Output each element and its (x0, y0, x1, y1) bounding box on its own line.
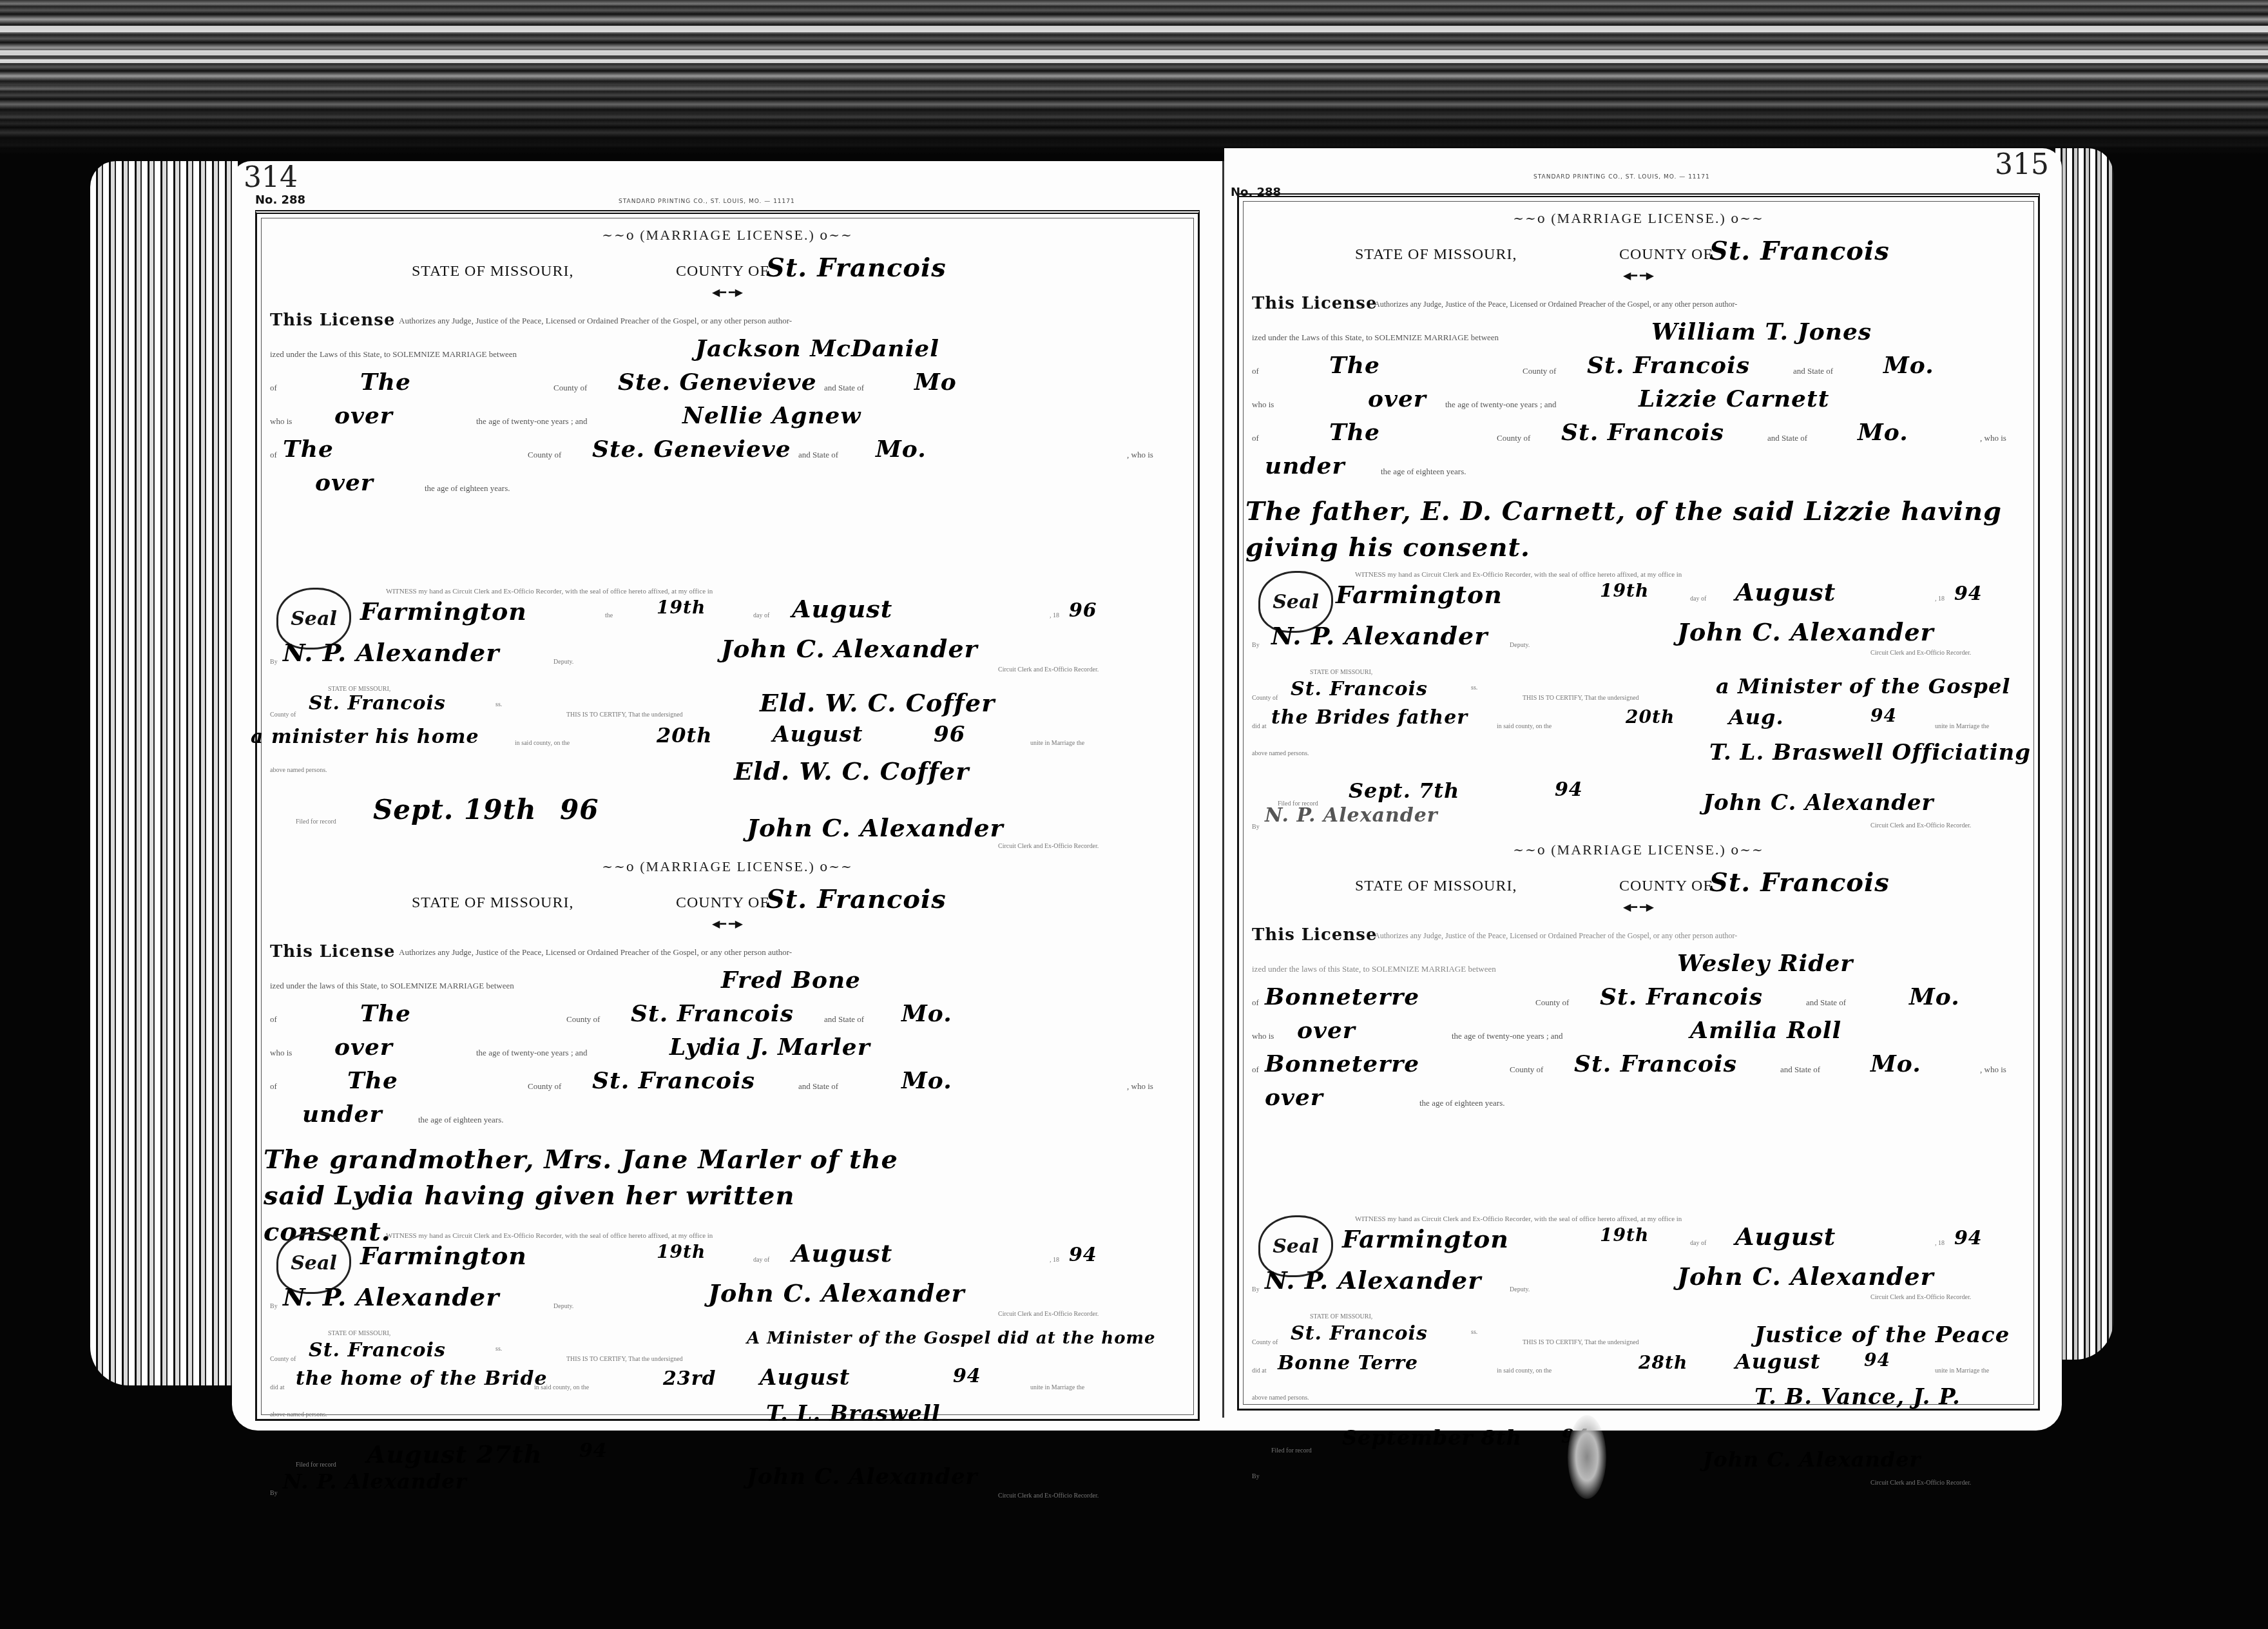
bride-age: under (302, 1101, 382, 1128)
groom-age: over (1297, 1017, 1356, 1044)
who-is-label: , who is (1980, 1065, 2006, 1075)
groom-age-line: who is over the age of twenty-one years … (257, 1031, 1198, 1065)
who-is-label: who is (270, 416, 292, 427)
license-title: ~~o (MARRIAGE LICENSE.) o~~ (1239, 210, 2038, 227)
day-of-label: day of (1690, 595, 1706, 602)
day: 19th (1600, 1224, 1649, 1246)
state-county-row: STATE OF MISSOURI, COUNTY OF St. Francoi… (257, 884, 1198, 920)
filed-clerk-signature: John C. Alexander (1703, 790, 1934, 816)
form-number: No. 288 (255, 193, 305, 207)
filed-deputy: N. P. Alexander (1265, 804, 1438, 827)
bride-name: Nellie Agnew (682, 402, 861, 429)
bride-name: Lizzie Carnett (1639, 385, 1829, 412)
clerk-signature: John C. Alexander (1677, 1262, 1934, 1291)
groom-state: Mo. (1883, 352, 1934, 379)
consent-note: The father, E. D. Carnett, of the said L… (1245, 494, 2002, 566)
groom-name: William T. Jones (1651, 318, 1872, 345)
bride-name: Amilia Roll (1690, 1017, 1841, 1044)
groom-county: Ste. Genevieve (618, 369, 817, 396)
state-county-row: STATE OF MISSOURI, COUNTY OF St. Francoi… (1239, 236, 2038, 272)
preamble-line-1: This License Authorizes any Judge, Justi… (1239, 282, 2038, 316)
the-label: the (605, 612, 613, 619)
cert-county: St. Francois (1291, 1322, 1428, 1345)
page-number: 315 (1995, 148, 2049, 181)
officiant-title: Eld. W. C. Coffer (760, 688, 995, 717)
by-label: By (270, 659, 278, 666)
year: 94 (1069, 1244, 1097, 1266)
age-21-label: the age of twenty-one years ; and (476, 1048, 588, 1058)
of-label: of (1252, 998, 1259, 1008)
groom-county: St. Francois (631, 1000, 794, 1027)
bride-residence-line: of Bonneterre County of St. Francois and… (1239, 1048, 2038, 1081)
year-prefix: , 18 (1935, 595, 1945, 602)
bride-residence: The (1329, 419, 1380, 446)
state-of-label: and State of (824, 1014, 864, 1025)
groom-state: Mo. (901, 1000, 952, 1027)
ceremony-month: August (773, 722, 863, 747)
age-18-label: the age of eighteen years. (1381, 467, 1466, 477)
filed-clerk-signature: John C. Alexander (1703, 1447, 1921, 1472)
bride-age: under (1265, 452, 1345, 479)
cert-county: St. Francois (1291, 678, 1428, 700)
cert-text: THIS IS TO CERTIFY, That the undersigned (1523, 1339, 1639, 1346)
printer-line: STANDARD PRINTING CO., ST. LOUIS, MO. — … (1533, 174, 1710, 180)
clerk-caption: Circuit Clerk and Ex-Officio Recorder. (1870, 1480, 1971, 1487)
groom-county: St. Francois (1600, 983, 1763, 1010)
ceremony-month: August (760, 1365, 850, 1391)
month: August (1735, 1222, 1836, 1251)
of-label: of (1252, 1065, 1259, 1075)
right-page-edges (2055, 148, 2113, 1360)
consent-note-line: The grandmother, Mrs. Jane Marler of the (264, 1142, 898, 1178)
filed-label: Filed for record (296, 818, 336, 825)
officiant-signature: T. L. Braswell Officiating (1709, 740, 2031, 766)
year: 94 (1954, 583, 1983, 605)
place: Farmington (1342, 1224, 1509, 1253)
clerk-caption: Circuit Clerk and Ex-Officio Recorder. (1870, 822, 1971, 829)
clerk-caption: Circuit Clerk and Ex-Officio Recorder. (998, 1311, 1099, 1318)
license-title: ~~o (MARRIAGE LICENSE.) o~~ (1239, 842, 2038, 858)
preamble-line-1: This License Authorizes any Judge, Justi… (1239, 914, 2038, 947)
in-said-county-label: in said county, on the (534, 1384, 589, 1391)
consent-note-line: said Lydia having given her written (264, 1178, 898, 1214)
ss-label: ss. (495, 1345, 502, 1353)
officiant-signature: T. B. Vance, J. P. (1754, 1384, 1961, 1410)
year-prefix: , 18 (1935, 1240, 1945, 1247)
deputy-signature: N. P. Alexander (283, 638, 499, 667)
cert-county-label: County of (270, 711, 296, 718)
day: 19th (1600, 580, 1649, 601)
cert-state-label: STATE OF MISSOURI, (1310, 669, 1372, 676)
day: 19th (657, 597, 706, 618)
county-of-label: County of (1523, 366, 1556, 376)
age-18-label: the age of eighteen years. (418, 1115, 503, 1125)
who-is-label: who is (1252, 400, 1274, 410)
preamble-line-1: This License Authorizes any Judge, Justi… (257, 930, 1198, 964)
this-license-heading: This License (270, 942, 395, 961)
deputy-label: Deputy. (553, 1303, 573, 1310)
filed-year: 94 (579, 1440, 608, 1462)
day-of-label: day of (753, 1257, 769, 1264)
marriage-text: unite in Marriage the (1030, 1384, 1084, 1391)
of-label: of (270, 383, 277, 393)
title-text: (MARRIAGE LICENSE.) (640, 227, 814, 243)
filed-deputy: N. P. Alexander (283, 1469, 467, 1494)
this-license-heading: This License (270, 311, 395, 330)
preamble-text: ized under the Laws of this State, to SO… (270, 349, 517, 360)
ceremony-year: 96 (934, 722, 965, 747)
groom-residence-line: of The County of St. Francois and State … (257, 998, 1198, 1031)
groom-state: Mo. (1909, 983, 1960, 1010)
in-said-county-label: in said county, on the (1497, 723, 1552, 730)
year-prefix: , 18 (1050, 612, 1059, 619)
marriage-text: unite in Marriage the (1935, 723, 1989, 730)
state-of-label: and State of (1767, 433, 1807, 443)
bride-age-line: under the age of eighteen years. (257, 1098, 1198, 1132)
deputy-label: Deputy. (1510, 642, 1530, 649)
officiant-title: Justice of the Peace (1754, 1322, 2010, 1348)
clerk-signature: John C. Alexander (708, 1278, 965, 1307)
officiant-title: a Minister of the Gospel (1716, 674, 2010, 699)
streak (0, 50, 2268, 55)
bride-county: St. Francois (592, 1067, 755, 1094)
month: August (1735, 577, 1836, 606)
county-handwritten: St. Francois (1709, 236, 1890, 266)
state-label: STATE OF MISSOURI, (412, 263, 573, 280)
clerk-caption: Circuit Clerk and Ex-Officio Recorder. (998, 1492, 1099, 1499)
ss-label: ss. (1471, 1329, 1477, 1336)
county-handwritten: St. Francois (766, 884, 947, 914)
streak (0, 26, 2268, 32)
of-label: of (1252, 433, 1259, 443)
year: 96 (1069, 599, 1097, 622)
preamble-line-1: This License Authorizes any Judge, Justi… (257, 299, 1198, 333)
form-frame: ~~o (MARRIAGE LICENSE.) o~~ STATE OF MIS… (255, 210, 1200, 1421)
county-label: COUNTY OF (1619, 878, 1713, 895)
bride-residence: The (283, 436, 334, 463)
ceremony-year: 94 (1870, 705, 1897, 726)
clerk-caption: Circuit Clerk and Ex-Officio Recorder. (998, 843, 1099, 850)
officiant-title: A Minister of the Gospel did at the home (747, 1329, 1156, 1348)
ceremony-year: 94 (953, 1365, 981, 1387)
bride-residence: The (347, 1067, 398, 1094)
who-is-label: , who is (1980, 433, 2006, 443)
cert-county: St. Francois (309, 1339, 446, 1362)
filed-year: 96 (560, 794, 599, 825)
open-ledger-book: 314 No. 288 STANDARD PRINTING CO., ST. L… (90, 148, 2113, 1450)
preamble-text: ized under the Laws of this State, to SO… (1252, 333, 1499, 343)
form-frame: ~~o (MARRIAGE LICENSE.) o~~ STATE OF MIS… (1237, 193, 2040, 1411)
did-at-label: did at (1252, 1367, 1267, 1374)
clerk-caption: Circuit Clerk and Ex-Officio Recorder. (1870, 650, 1971, 657)
in-said-county-label: in said county, on the (1497, 1367, 1552, 1374)
above-named-label: above named persons. (270, 1411, 327, 1418)
flourish-icon: ~~o (1513, 842, 1546, 858)
day-of-label: day of (753, 612, 769, 619)
cert-text: THIS IS TO CERTIFY, That the undersigned (1523, 695, 1639, 702)
witness-text: WITNESS my hand as Circuit Clerk and Ex-… (386, 588, 713, 595)
place: Farmington (360, 1241, 527, 1270)
did-at-label: did at (270, 1384, 285, 1391)
preamble-text: Authorizes any Judge, Justice of the Pea… (399, 947, 792, 958)
bride-state: Mo. (1858, 419, 1908, 446)
who-is-label: , who is (1127, 450, 1153, 460)
bride-county: St. Francois (1561, 419, 1724, 446)
place: Farmington (1336, 580, 1503, 609)
day-of-label: day of (1690, 1240, 1706, 1247)
scanner-streaks (0, 0, 2268, 155)
filed-year: 94 (1555, 778, 1583, 801)
preamble-text: ized under the laws of this State, to SO… (1252, 964, 1496, 974)
filed-clerk-signature: John C. Alexander (747, 1464, 977, 1490)
consent-note-line: giving his consent. (1245, 530, 2002, 566)
county-of-label: County of (1497, 433, 1530, 443)
bride-age-line: over the age of eighteen years. (1239, 1081, 2038, 1115)
bride-age-line: under the age of eighteen years. (1239, 450, 2038, 483)
cert-state-label: STATE OF MISSOURI, (328, 1330, 390, 1337)
marriage-text: unite in Marriage the (1935, 1367, 1989, 1374)
bride-name: Lydia J. Marler (669, 1034, 870, 1061)
left-page: 314 No. 288 STANDARD PRINTING CO., ST. L… (232, 161, 1224, 1431)
state-label: STATE OF MISSOURI, (412, 894, 573, 912)
groom-age-line: who is over the age of twenty-one years … (1239, 1014, 2038, 1048)
filed-clerk-signature: John C. Alexander (747, 813, 1004, 842)
by-label: By (270, 1490, 278, 1497)
above-named-label: above named persons. (1252, 1394, 1309, 1402)
right-page: 315 No. 288 STANDARD PRINTING CO., ST. L… (1224, 148, 2062, 1431)
cert-county-label: County of (1252, 1339, 1278, 1346)
ceremony-month: August (1735, 1349, 1821, 1374)
groom-residence-line: of The County of Ste. Genevieve and Stat… (257, 366, 1198, 400)
clerk-signature: John C. Alexander (721, 634, 978, 663)
of-label: of (270, 1081, 277, 1092)
title-text: (MARRIAGE LICENSE.) (640, 858, 814, 874)
filed-label: Filed for record (1271, 1447, 1312, 1454)
flourish-icon: o~~ (1731, 842, 1764, 858)
flourish-icon: ~~o (602, 859, 635, 874)
groom-age-line: who is over the age of twenty-one years … (257, 400, 1198, 433)
deputy-label: Deputy. (1510, 1286, 1530, 1293)
witness-text: WITNESS my hand as Circuit Clerk and Ex-… (1355, 1215, 1682, 1223)
license-title: ~~o (MARRIAGE LICENSE.) o~~ (257, 227, 1198, 244)
county-of-label: County of (553, 383, 587, 393)
marriage-text: unite in Marriage the (1030, 740, 1084, 747)
groom-residence: The (360, 1000, 411, 1027)
license-title: ~~o (MARRIAGE LICENSE.) o~~ (257, 858, 1198, 875)
above-named-label: above named persons. (270, 767, 327, 774)
state-label: STATE OF MISSOURI, (1355, 246, 1517, 264)
preamble-line-2: ized under the Laws of this State, to SO… (1239, 316, 2038, 349)
age-18-label: the age of eighteen years. (425, 483, 510, 494)
who-is-label: , who is (1127, 1081, 1153, 1092)
officiant-signature: T. L. Braswell (766, 1401, 941, 1427)
cert-text: THIS IS TO CERTIFY, That the undersigned (566, 711, 683, 718)
year-prefix: , 18 (1050, 1257, 1059, 1264)
deputy-label: Deputy. (553, 659, 573, 666)
groom-name: Fred Bone (721, 967, 861, 994)
bride-residence-line: of The County of St. Francois and State … (1239, 416, 2038, 450)
county-handwritten: St. Francois (766, 253, 947, 283)
state-county-row: STATE OF MISSOURI, COUNTY OF St. Francoi… (1239, 867, 2038, 903)
county-of-label: County of (566, 1014, 600, 1025)
left-page-edges (90, 161, 238, 1385)
bride-county: St. Francois (1574, 1050, 1737, 1077)
cert-text: THIS IS TO CERTIFY, That the undersigned (566, 1356, 683, 1363)
flourish-icon: o~~ (820, 227, 853, 243)
bride-age-line: over the age of eighteen years. (257, 467, 1198, 500)
ceremony-place: a minister his home (251, 726, 479, 748)
filed-label: Filed for record (296, 1461, 336, 1469)
officiant-signature: Eld. W. C. Coffer (734, 757, 969, 786)
ceremony-year: 94 (1864, 1349, 1890, 1371)
preamble-text: Authorizes any Judge, Justice of the Pea… (399, 316, 792, 326)
filed-date: August 27th (367, 1440, 543, 1469)
marriage-license-3: ~~o (MARRIAGE LICENSE.) o~~ STATE OF MIS… (1239, 210, 2038, 758)
marriage-license-4: ~~o (MARRIAGE LICENSE.) o~~ STATE OF MIS… (1239, 842, 2038, 1396)
marriage-license-1: ~~o (MARRIAGE LICENSE.) o~~ STATE OF MIS… (257, 227, 1198, 775)
day: 19th (657, 1241, 706, 1262)
clerk-signature: John C. Alexander (1677, 617, 1934, 646)
age-18-label: the age of eighteen years. (1419, 1098, 1504, 1108)
preamble-text: Authorizes any Judge, Justice of the Pea… (1374, 931, 1737, 941)
state-county-row: STATE OF MISSOURI, COUNTY OF St. Francoi… (257, 253, 1198, 289)
groom-age: over (334, 402, 393, 429)
title-text: (MARRIAGE LICENSE.) (1551, 210, 1725, 226)
marriage-license-2: ~~o (MARRIAGE LICENSE.) o~~ STATE OF MIS… (257, 858, 1198, 1412)
above-named-label: above named persons. (1252, 750, 1309, 757)
groom-residence: The (360, 369, 411, 396)
groom-name: Jackson McDaniel (695, 335, 939, 362)
preamble-line-2: ized under the laws of this State, to SO… (257, 964, 1198, 998)
witness-text: WITNESS my hand as Circuit Clerk and Ex-… (386, 1232, 713, 1240)
age-21-label: the age of twenty-one years ; and (1445, 400, 1557, 410)
by-label: By (1252, 824, 1260, 831)
bride-residence: Bonneterre (1265, 1050, 1419, 1077)
deputy-signature: N. P. Alexander (283, 1282, 499, 1311)
groom-residence-line: of The County of St. Francois and State … (1239, 349, 2038, 383)
bride-state: Mo. (1870, 1050, 1921, 1077)
filed-date: September 8th (1342, 1425, 1522, 1450)
by-label: By (1252, 1473, 1260, 1480)
flourish-icon: ~~o (1513, 211, 1546, 226)
flourish-icon: o~~ (1731, 211, 1764, 226)
bride-state: Mo. (901, 1067, 952, 1094)
groom-residence-line: of Bonneterre County of St. Francois and… (1239, 981, 2038, 1014)
ceremony-place: the Brides father (1271, 706, 1468, 729)
cert-county: St. Francois (309, 692, 446, 715)
in-said-county-label: in said county, on the (515, 740, 570, 747)
cert-county-label: County of (1252, 695, 1278, 702)
deputy-signature: N. P. Alexander (1271, 621, 1488, 650)
clerk-caption: Circuit Clerk and Ex-Officio Recorder. (998, 666, 1099, 673)
state-of-label: and State of (798, 1081, 838, 1092)
groom-age: over (1368, 385, 1427, 412)
flourish-icon: o~~ (820, 859, 853, 874)
ceremony-month: Aug. (1729, 705, 1784, 729)
ceremony-day: 23rd (663, 1367, 716, 1390)
county-of-label: County of (528, 450, 561, 460)
preamble-text: Authorizes any Judge, Justice of the Pea… (1374, 300, 1737, 309)
cert-state-label: STATE OF MISSOURI, (1310, 1313, 1372, 1320)
bride-state: Mo. (876, 436, 927, 463)
ss-label: ss. (495, 701, 502, 708)
age-21-label: the age of twenty-one years ; and (476, 416, 588, 427)
place: Farmington (360, 597, 527, 626)
preamble-line-2: ized under the laws of this State, to SO… (1239, 947, 2038, 981)
county-of-label: County of (1535, 998, 1569, 1008)
this-license-heading: This License (1252, 294, 1377, 313)
flourish-icon: ~~o (602, 227, 635, 243)
page-number: 314 (244, 161, 298, 194)
clerk-caption: Circuit Clerk and Ex-Officio Recorder. (1870, 1294, 1971, 1301)
age-21-label: the age of twenty-one years ; and (1452, 1031, 1563, 1041)
state-of-label: and State of (824, 383, 864, 393)
title-text: (MARRIAGE LICENSE.) (1551, 842, 1725, 858)
county-of-label: County of (528, 1081, 561, 1092)
filed-date: Sept. 7th (1349, 778, 1459, 803)
filed-date: Sept. 19th (373, 794, 536, 825)
ink-smudge (1568, 1415, 1606, 1499)
county-label: COUNTY OF (676, 894, 769, 912)
witness-text: WITNESS my hand as Circuit Clerk and Ex-… (1355, 571, 1682, 579)
county-label: COUNTY OF (1619, 246, 1713, 264)
state-of-label: and State of (798, 450, 838, 460)
state-label: STATE OF MISSOURI, (1355, 878, 1517, 895)
ss-label: ss. (1471, 684, 1477, 691)
deputy-signature: N. P. Alexander (1265, 1266, 1481, 1295)
bride-residence-line: of The County of St. Francois and State … (257, 1065, 1198, 1098)
by-label: By (1252, 1286, 1260, 1293)
bride-age: over (1265, 1084, 1323, 1111)
groom-age-line: who is over the age of twenty-one years … (1239, 383, 2038, 416)
ceremony-day: 20th (657, 723, 713, 747)
cert-county-label: County of (270, 1356, 296, 1363)
groom-county: St. Francois (1587, 352, 1750, 379)
bride-residence-line: of The County of Ste. Genevieve and Stat… (257, 433, 1198, 467)
county-of-label: County of (1510, 1065, 1543, 1075)
ceremony-day: 20th (1626, 706, 1675, 728)
printer-line: STANDARD PRINTING CO., ST. LOUIS, MO. — … (619, 198, 795, 205)
state-of-label: and State of (1806, 998, 1846, 1008)
bride-county: Ste. Genevieve (592, 436, 791, 463)
who-is-label: who is (270, 1048, 292, 1058)
groom-residence: The (1329, 352, 1380, 379)
county-handwritten: St. Francois (1709, 867, 1890, 898)
ceremony-place: Bonne Terre (1278, 1352, 1418, 1374)
by-label: By (270, 1303, 278, 1310)
groom-name: Wesley Rider (1677, 950, 1853, 977)
month: August (792, 594, 892, 623)
did-at-label: did at (1252, 723, 1267, 730)
who-is-label: who is (1252, 1031, 1274, 1041)
streak (0, 59, 2268, 63)
preamble-line-2: ized under the Laws of this State, to SO… (257, 333, 1198, 366)
groom-residence: Bonneterre (1265, 983, 1419, 1010)
year: 94 (1954, 1227, 1983, 1249)
preamble-text: ized under the laws of this State, to SO… (270, 981, 514, 991)
by-label: By (1252, 642, 1260, 649)
ceremony-day: 28th (1639, 1352, 1687, 1373)
groom-state: Mo (914, 369, 957, 396)
state-of-label: and State of (1780, 1065, 1820, 1075)
of-label: of (270, 1014, 277, 1025)
groom-age: over (334, 1034, 393, 1061)
bride-age: over (315, 469, 374, 496)
this-license-heading: This License (1252, 925, 1377, 945)
state-of-label: and State of (1793, 366, 1833, 376)
of-label: of (1252, 366, 1259, 376)
consent-note-line: The father, E. D. Carnett, of the said L… (1245, 494, 2002, 530)
